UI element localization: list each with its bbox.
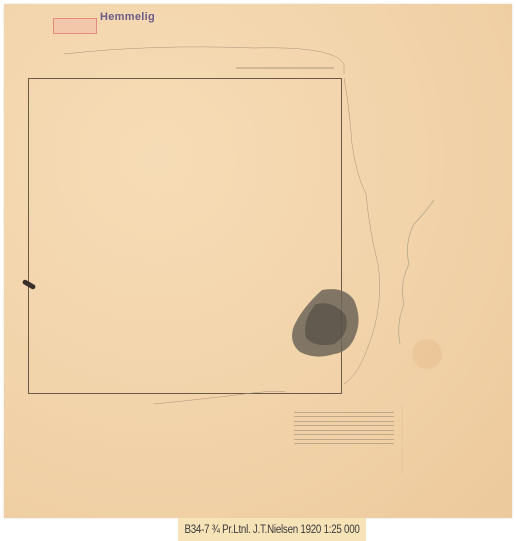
- sheet-label: B34-7 ¾ Pr.Ltnl. J.T.Nielsen 1920 1:25 0…: [184, 524, 359, 536]
- legend-table: [294, 408, 394, 444]
- sheet-label-strip: B34-7 ¾ Pr.Ltnl. J.T.Nielsen 1920 1:25 0…: [178, 518, 366, 541]
- map-sheet: Hemmelig: [4, 4, 512, 518]
- map-linework: [4, 4, 512, 518]
- paper-stain: [412, 339, 442, 369]
